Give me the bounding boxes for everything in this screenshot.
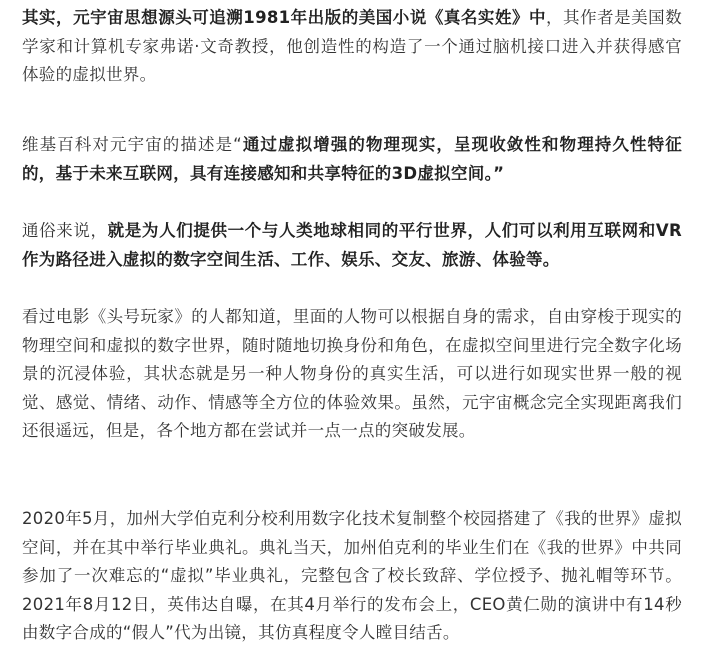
text-segment: 2020年5月，加州大学伯克利分校利用数字化技术复制整个校园搭建了《我的世界》虚… <box>22 509 682 628</box>
paragraph-ready-player-one: 看过电影《头号玩家》的人都知道，里面的人物可以根据自身的需求，自由穿梭于现实的物… <box>22 303 682 446</box>
bold-segment: 其实，元宇宙思想源头可追溯1981年出版的美国小说《真名实姓》中 <box>22 8 546 27</box>
paragraph-origin: 其实，元宇宙思想源头可追溯1981年出版的美国小说《真名实姓》中，其作者是美国数… <box>22 4 682 90</box>
text-segment: 维基百科对元宇宙的描述是“ <box>22 135 242 154</box>
text-segment: 看过电影《头号玩家》的人都知道，里面的人物可以根据自身的需求，自由穿梭于现实的物… <box>22 307 682 440</box>
paragraph-examples: 2020年5月，加州大学伯克利分校利用数字化技术复制整个校园搭建了《我的世界》虚… <box>22 505 682 628</box>
text-segment: 通俗来说， <box>22 221 108 240</box>
paragraph-plain-explanation: 通俗来说，就是为人们提供一个与人类地球相同的平行世界，人们可以利用互联网和VR作… <box>22 217 682 274</box>
paragraph-wikipedia-definition: 维基百科对元宇宙的描述是“通过虚拟增强的物理现实，呈现收敛性和物理持久性特征的，… <box>22 131 682 188</box>
bold-segment: 就是为人们提供一个与人类地球相同的平行世界，人们可以利用互联网和VR作为路径进入… <box>22 221 682 269</box>
